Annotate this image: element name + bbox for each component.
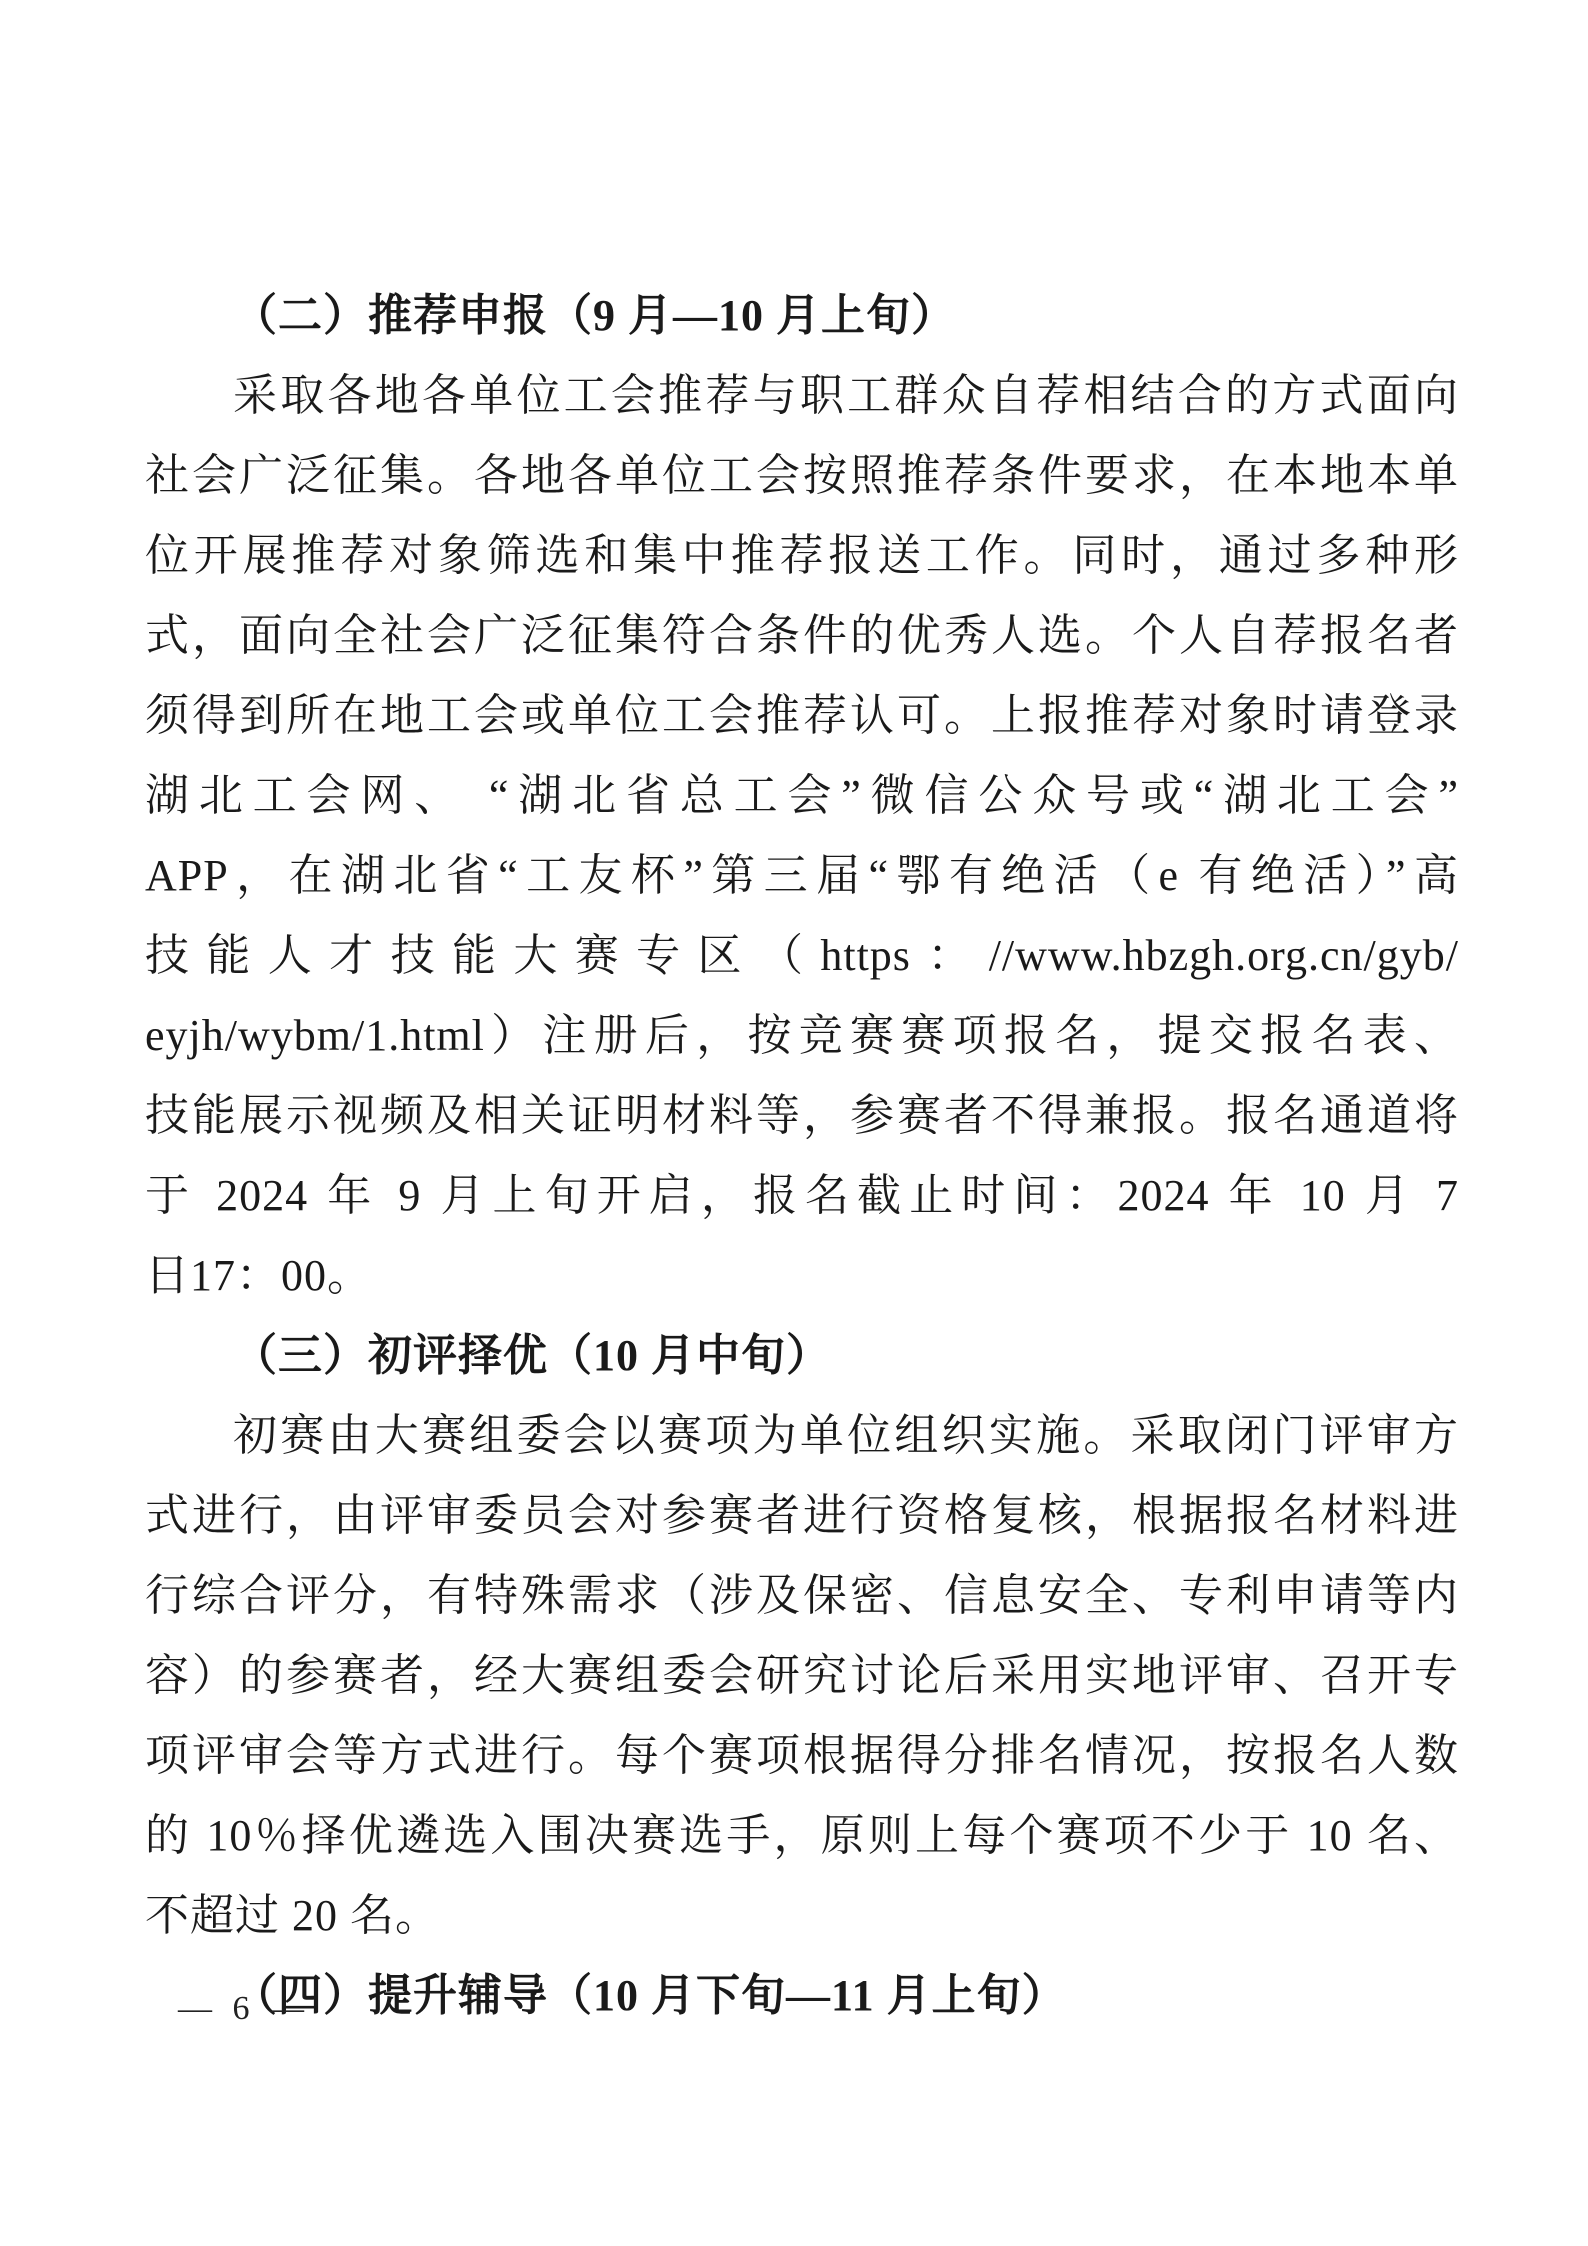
text-line: 位开展推荐对象筛选和集中推荐报送工作。同时，通过多种形: [145, 516, 1459, 596]
text-line: 项评审会等方式进行。每个赛项根据得分排名情况，按报名人数: [145, 1716, 1459, 1796]
text-line: 初赛由大赛组委会以赛项为单位组织实施。采取闭门评审方: [145, 1396, 1459, 1476]
document-body: （二）推荐申报（9 月—10 月上旬）采取各地各单位工会推荐与职工群众自荐相结合…: [145, 276, 1459, 2036]
text-line: 的 10％择优遴选入围决赛选手，原则上每个赛项不少于 10 名、: [145, 1796, 1459, 1876]
text-line: 日17：00。: [145, 1236, 1459, 1316]
text-line: 容）的参赛者，经大赛组委会研究讨论后采用实地评审、召开专: [145, 1636, 1459, 1716]
section-heading: （二）推荐申报（9 月—10 月上旬）: [145, 276, 1459, 356]
section-heading: （三）初评择优（10 月中旬）: [145, 1316, 1459, 1396]
document-page: （二）推荐申报（9 月—10 月上旬）采取各地各单位工会推荐与职工群众自荐相结合…: [0, 0, 1588, 2246]
text-line: 行综合评分，有特殊需求（涉及保密、信息安全、专利申请等内: [145, 1556, 1459, 1636]
text-line: 湖北工会网、 “湖北省总工会”微信公众号或“湖北工会”: [145, 756, 1459, 836]
text-line: eyjh/wybm/1.html）注册后，按竞赛赛项报名，提交报名表、: [145, 996, 1459, 1076]
text-line: APP，在湖北省“工友杯”第三届“鄂有绝活（e 有绝活）”高: [145, 836, 1459, 916]
page-number: — 6 —: [178, 1985, 310, 2033]
text-line: 于 2024 年 9 月上旬开启，报名截止时间：2024 年 10 月 7: [145, 1156, 1459, 1236]
section-heading: （四）提升辅导（10 月下旬—11 月上旬）: [145, 1956, 1459, 2036]
text-line: 式进行，由评审委员会对参赛者进行资格复核，根据报名材料进: [145, 1476, 1459, 1556]
text-line: 须得到所在地工会或单位工会推荐认可。上报推荐对象时请登录: [145, 676, 1459, 756]
text-line: 社会广泛征集。各地各单位工会按照推荐条件要求，在本地本单: [145, 436, 1459, 516]
text-line: 式，面向全社会广泛征集符合条件的优秀人选。个人自荐报名者: [145, 596, 1459, 676]
text-line: 技能人才技能大赛专区（https：//www.hbzgh.org.cn/gyb/: [145, 916, 1459, 996]
text-line: 采取各地各单位工会推荐与职工群众自荐相结合的方式面向: [145, 356, 1459, 436]
text-line: 不超过 20 名。: [145, 1876, 1459, 1956]
text-line: 技能展示视频及相关证明材料等，参赛者不得兼报。报名通道将: [145, 1076, 1459, 1156]
